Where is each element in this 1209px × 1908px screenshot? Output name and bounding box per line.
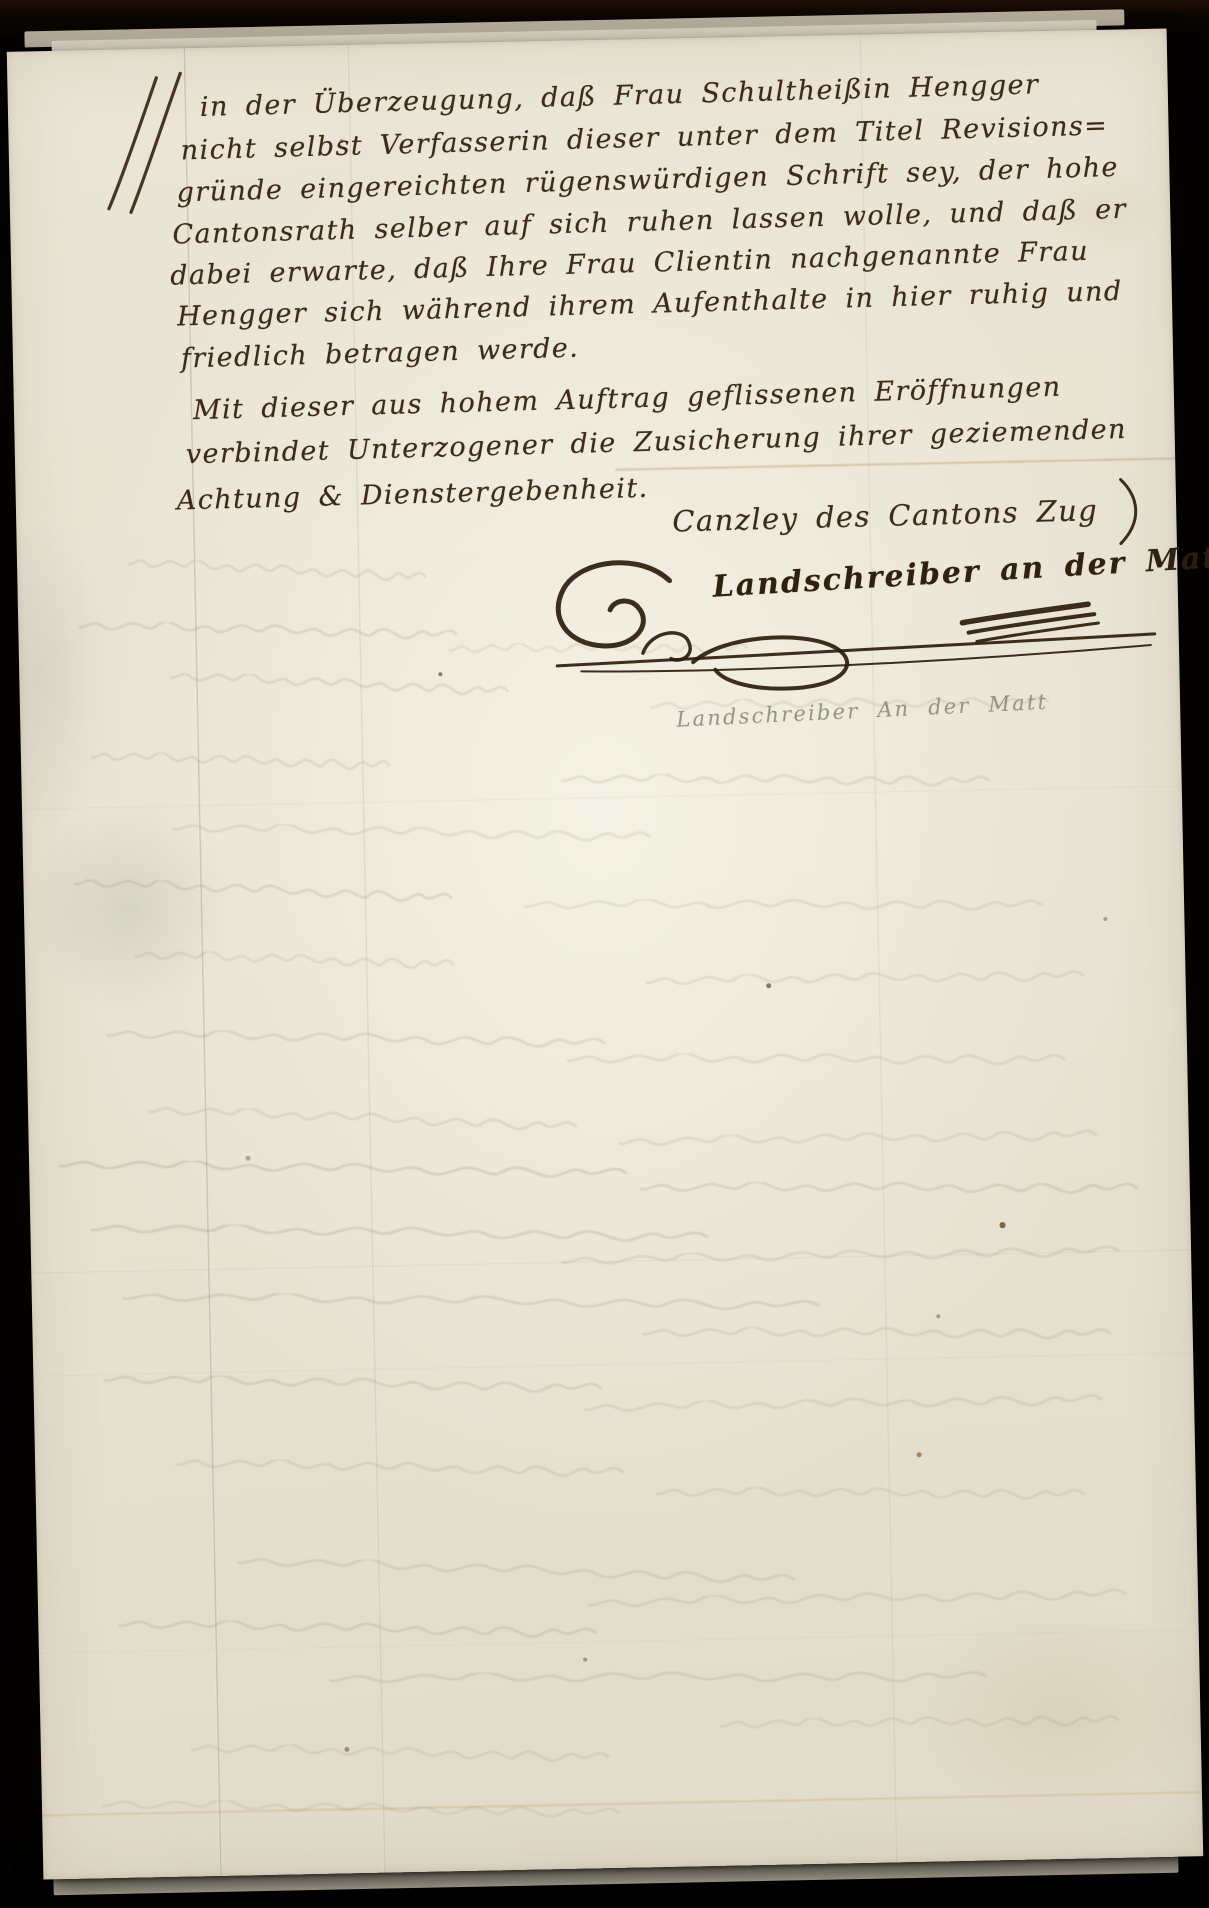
bleed-through-line	[656, 1480, 1086, 1511]
bleed-through-line	[107, 1029, 607, 1052]
bleed-through-line	[122, 1292, 822, 1316]
paper-stack: in der Überzeugung, daß Frau Schultheißi…	[7, 29, 1203, 1880]
bleed-through-line	[588, 1580, 1128, 1622]
bleed-through-line	[135, 951, 455, 974]
bleed-through-line	[102, 1799, 622, 1822]
bleed-through-line	[567, 1046, 1067, 1078]
bleed-through-line	[619, 1121, 1099, 1161]
bleed-through-line	[104, 1374, 604, 1397]
bleed-through-line	[127, 559, 427, 585]
bleed-through-line	[720, 1706, 1121, 1743]
bleed-through-line	[59, 1160, 629, 1183]
bleed-through-line	[119, 1619, 599, 1642]
signature-flourish	[536, 479, 1171, 732]
bleed-through-line	[175, 1459, 625, 1482]
bleed-through-line	[173, 823, 653, 846]
bleed-through-line	[169, 673, 509, 700]
bleed-through-line	[524, 891, 1044, 923]
bleed-through-line	[91, 752, 391, 775]
bleed-through-line	[237, 1558, 797, 1588]
scan-background: in der Überzeugung, daß Frau Schultheißi…	[0, 0, 1209, 1908]
bleed-through-line	[640, 1174, 1140, 1206]
bleed-through-line	[561, 767, 991, 798]
bleed-through-line	[74, 879, 454, 907]
bleed-through-line	[78, 621, 458, 644]
bleed-through-line	[191, 1744, 611, 1767]
bleed-through-line	[329, 1662, 989, 1697]
bleed-through-line	[91, 1223, 711, 1247]
bleed-through-line	[643, 1320, 1113, 1351]
bleed-through-line	[584, 1386, 1104, 1427]
letter-page: in der Überzeugung, daß Frau Schultheißi…	[7, 29, 1203, 1880]
bleed-through-line	[645, 962, 1086, 1000]
bleed-through-line	[148, 1107, 578, 1135]
